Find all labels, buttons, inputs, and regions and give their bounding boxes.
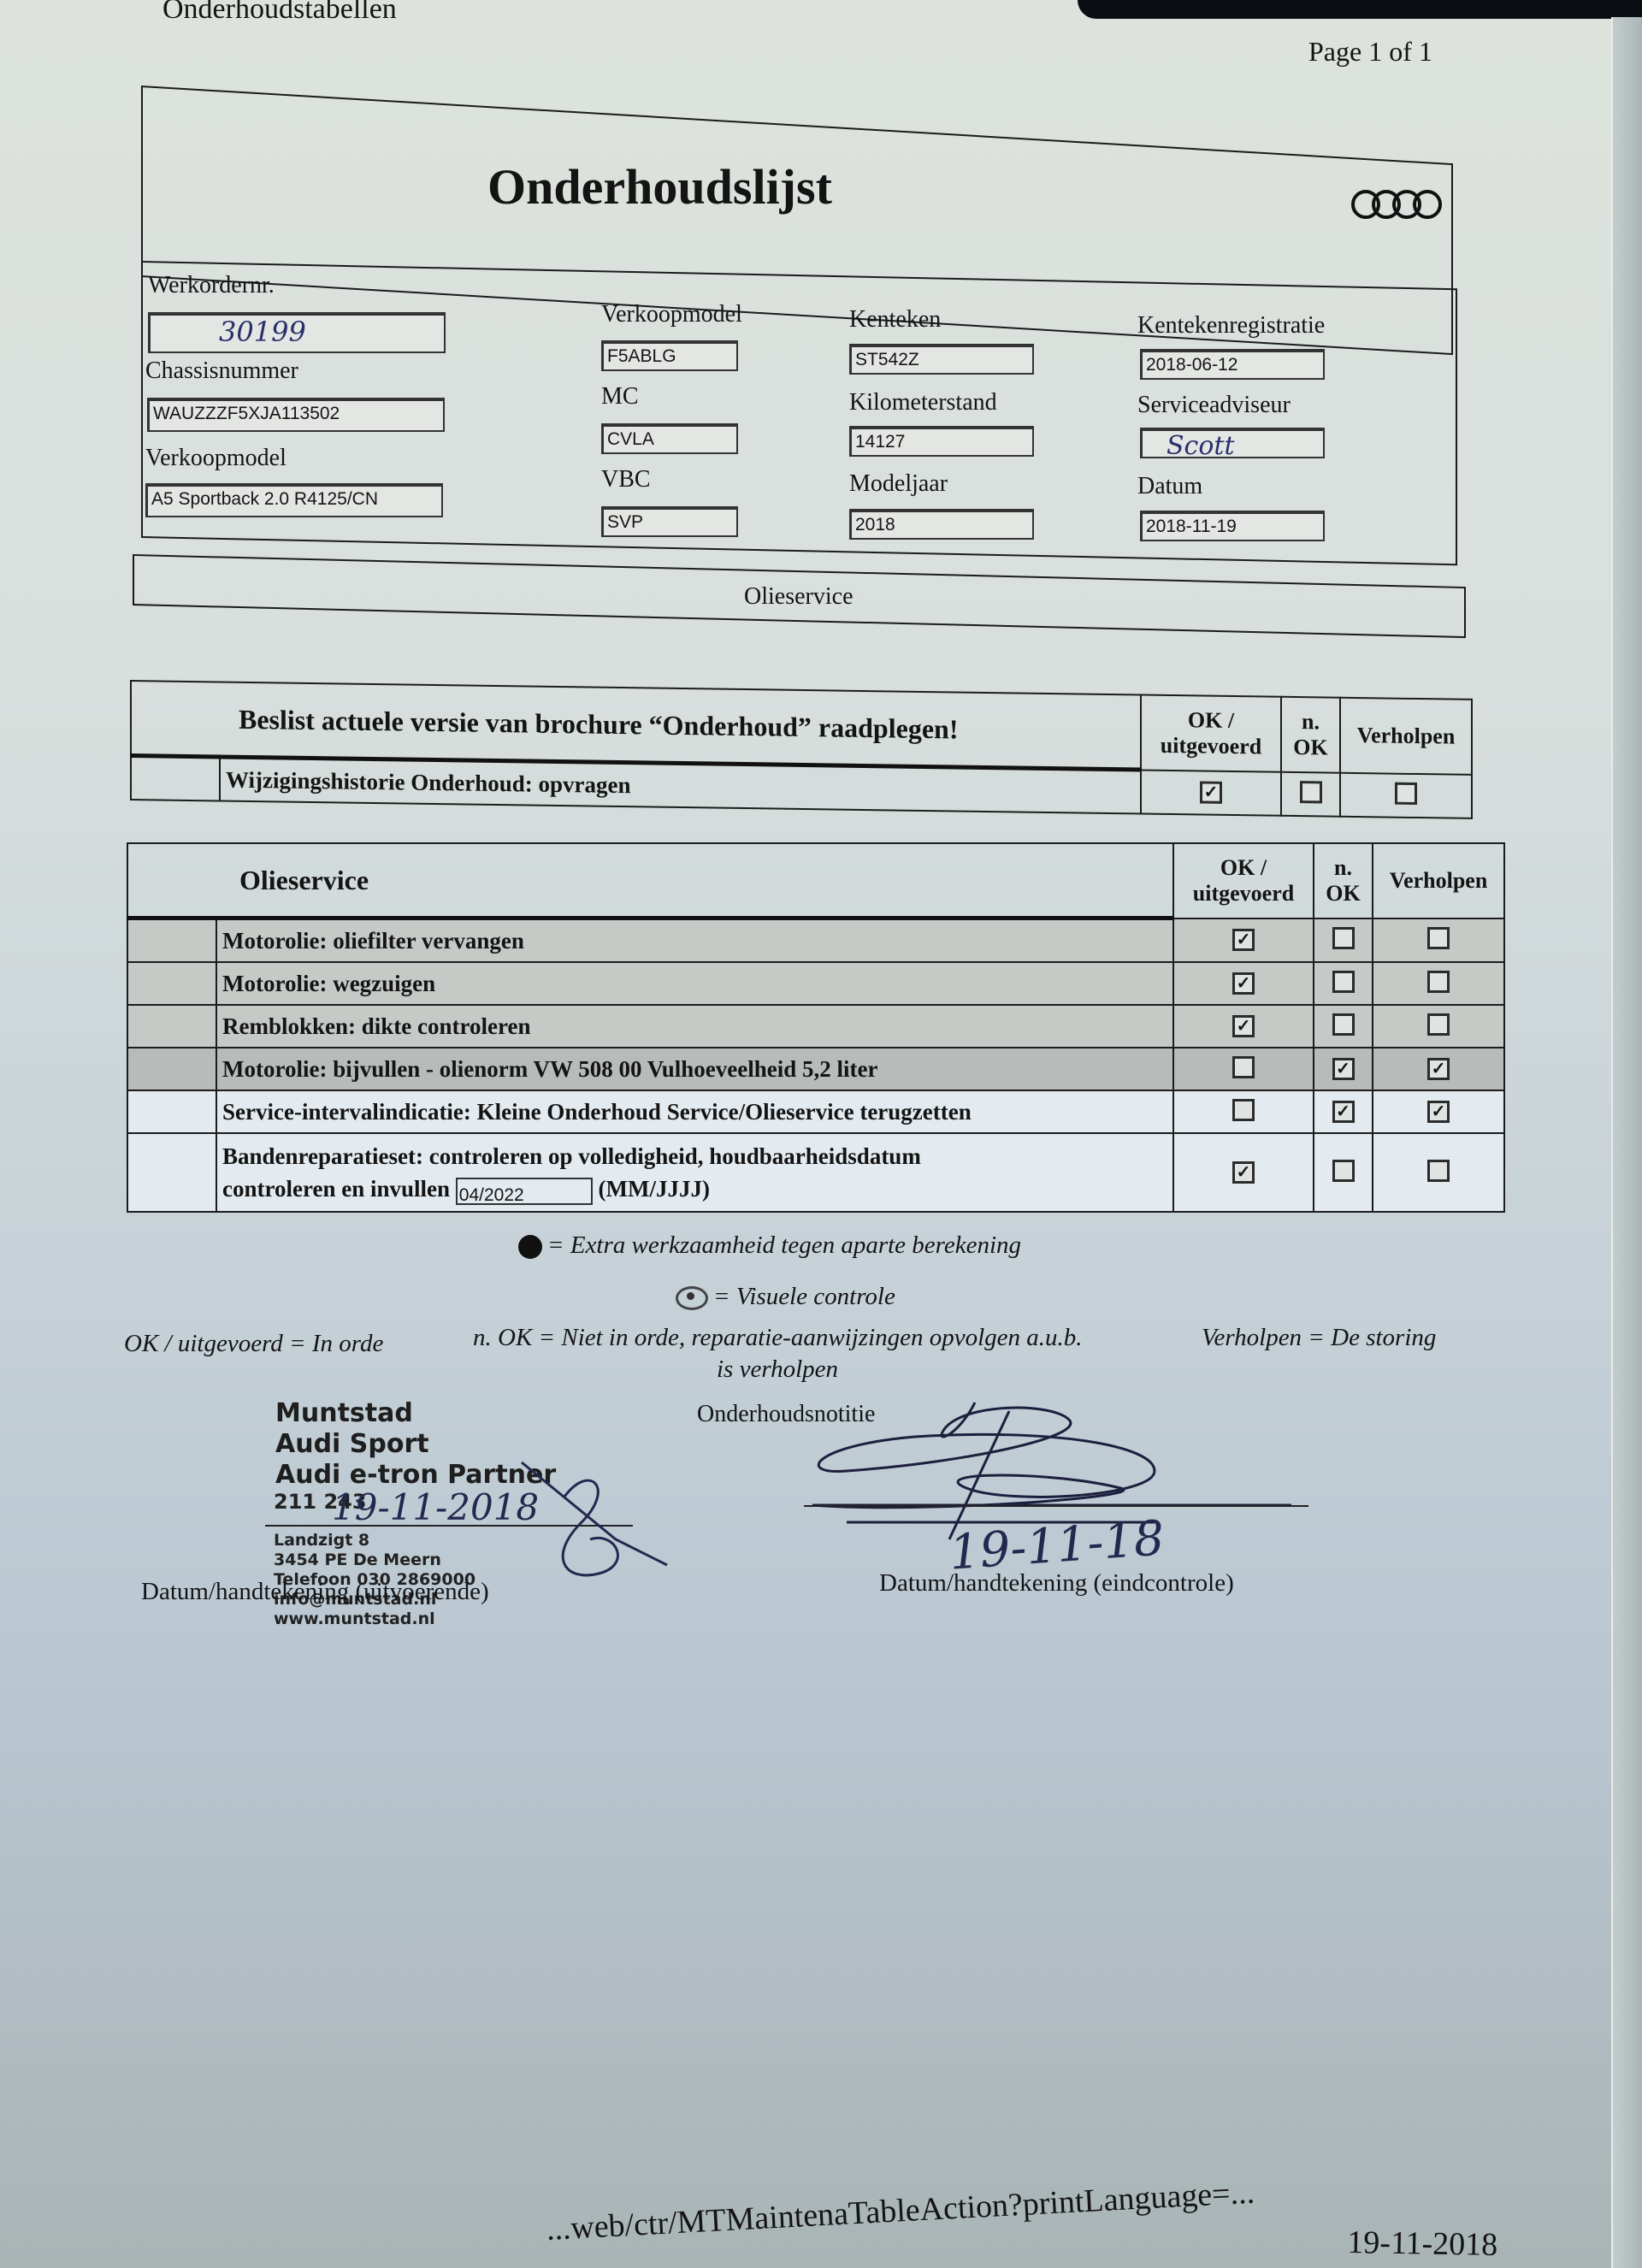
page-number: Page 1 of 1 (1308, 36, 1432, 68)
modeljaar-label: Modeljaar (849, 470, 948, 498)
table1-heading: Beslist actuele versie van brochure “Ond… (131, 681, 1141, 770)
eye-icon (676, 1286, 708, 1310)
kilometerstand-field[interactable]: 14127 (849, 426, 1034, 457)
checklist-table-olieservice: Olieservice OK / uitgevoerd n. OK Verhol… (127, 842, 1505, 1213)
row-text: Remblokken: dikte controleren (216, 1005, 1173, 1048)
expiry-date-input[interactable]: 04/2022 (456, 1178, 593, 1205)
checkbox-ok[interactable]: ✓ (1232, 929, 1255, 951)
checkbox-nok[interactable] (1332, 927, 1355, 949)
checkbox-ok[interactable]: ✓ (1232, 1015, 1255, 1037)
checkbox-nok[interactable] (1332, 1160, 1355, 1182)
legend-extra-text: = Extra werkzaamheid tegen aparte bereke… (547, 1231, 1021, 1259)
col-nok-header: n. OK (1281, 697, 1340, 772)
vbc-field[interactable]: SVP (601, 506, 738, 537)
vbc-label: VBC (601, 466, 651, 493)
werkordernr-field[interactable]: 30199 (148, 312, 446, 353)
legend-nok-def: n. OK = Niet in orde, reparatie-aanwijzi… (473, 1324, 1083, 1352)
legend-fixed-def: Verholpen = De storing (1202, 1324, 1436, 1352)
row-text: Motorolie: oliefilter vervangen (216, 918, 1173, 963)
col-fixed-header: Verholpen (1373, 843, 1504, 918)
dealer-address1: Landzigt 8 (274, 1531, 475, 1550)
table2-heading: Olieservice (127, 843, 1173, 918)
checkbox-nok[interactable] (1332, 1013, 1355, 1036)
verkoopmodel-name-field[interactable]: A5 Sportback 2.0 R4125/CN (145, 483, 443, 517)
col-ok-header: OK / uitgevoerd (1141, 695, 1281, 772)
filled-dot-icon (518, 1235, 542, 1259)
row-text: Motorolie: bijvullen - olienorm VW 508 0… (216, 1048, 1173, 1090)
footer-date: 19-11-2018 (1347, 2224, 1498, 2264)
mc-field[interactable]: CVLA (601, 423, 738, 454)
dealer-web: www.muntstad.nl (274, 1609, 475, 1629)
table-row: Motorolie: bijvullen - olienorm VW 508 0… (127, 1048, 1504, 1090)
checkbox-fixed[interactable] (1427, 971, 1450, 993)
table-row: Motorolie: oliefilter vervangen ✓ (127, 918, 1504, 963)
paper-edge (1611, 17, 1642, 2268)
table-row: Motorolie: wegzuigen ✓ (127, 962, 1504, 1005)
checkbox-fixed[interactable]: ✓ (1427, 1058, 1450, 1080)
checkbox-fixed[interactable]: ✓ (1427, 1101, 1450, 1123)
modeljaar-field[interactable]: 2018 (849, 509, 1034, 540)
date-format-hint: (MM/JJJJ) (599, 1176, 710, 1202)
row-text-line2: controleren en invullen (222, 1176, 450, 1202)
signature-label-left: Datum/handtekening (uitvoerende) (141, 1578, 489, 1606)
footer-url: ...web/ctr/MTMaintenaTableAction?printLa… (546, 2174, 1255, 2248)
checkbox-ok[interactable] (1232, 1099, 1255, 1121)
legend-extra: = Extra werkzaamheid tegen aparte bereke… (518, 1231, 1021, 1260)
mc-label: MC (601, 383, 639, 410)
table-row: Bandenreparatieset: controleren op volle… (127, 1133, 1504, 1212)
col-ok-header: OK / uitgevoerd (1173, 843, 1314, 918)
row-text: Service-intervalindicatie: Kleine Onderh… (216, 1090, 1173, 1133)
dealer-name: Muntstad (275, 1398, 556, 1429)
table-row: Service-intervalindicatie: Kleine Onderh… (127, 1090, 1504, 1133)
checkbox-fixed[interactable] (1395, 782, 1417, 804)
signature-label-right: Datum/handtekening (eindcontrole) (879, 1569, 1234, 1598)
chassisnummer-field[interactable]: WAUZZZF5XJA113502 (147, 398, 445, 432)
legend-nok-def2: is verholpen (717, 1355, 838, 1384)
photo-background-edge (1078, 0, 1642, 19)
verkoopmodel-code-field[interactable]: F5ABLG (601, 340, 738, 371)
chassisnummer-label: Chassisnummer (145, 357, 298, 385)
checkbox-ok[interactable]: ✓ (1232, 972, 1255, 995)
checkbox-nok[interactable]: ✓ (1332, 1058, 1355, 1080)
legend-visual: = Visuele controle (676, 1283, 895, 1311)
checklist-table-brochure: Beslist actuele versie van brochure “Ond… (130, 680, 1473, 819)
legend-ok-def: OK / uitgevoerd = In orde (124, 1330, 383, 1358)
kenteken-field[interactable]: ST542Z (849, 344, 1034, 375)
kentekenregistratie-field[interactable]: 2018-06-12 (1140, 349, 1325, 380)
verkoopmodel-name-label: Verkoopmodel (145, 445, 286, 472)
col-fixed-header: Verholpen (1340, 698, 1472, 775)
row-text: Motorolie: wegzuigen (216, 962, 1173, 1005)
kentekenregistratie-label: Kentekenregistratie (1137, 312, 1325, 340)
checkbox-nok[interactable] (1332, 971, 1355, 993)
checkbox-ok[interactable]: ✓ (1200, 782, 1222, 804)
werkordernr-label: Werkordernr. (148, 272, 275, 299)
checkbox-fixed[interactable] (1427, 927, 1450, 949)
checkbox-fixed[interactable] (1427, 1013, 1450, 1036)
col-nok-header: n. OK (1314, 843, 1373, 918)
signature-line-right (804, 1505, 1308, 1507)
table-row: Remblokken: dikte controleren ✓ (127, 1005, 1504, 1048)
signature-left (513, 1454, 676, 1582)
datum-field[interactable]: 2018-11-19 (1140, 511, 1325, 541)
checkbox-nok[interactable] (1300, 781, 1322, 803)
document-title: Onderhoudslijst (487, 158, 832, 216)
print-header-title: Onderhoudstabellen (162, 0, 397, 26)
audi-rings-icon (1351, 190, 1445, 222)
kenteken-label: Kenteken (849, 306, 941, 334)
legend-visual-text: = Visuele controle (713, 1283, 895, 1310)
datum-label: Datum (1137, 473, 1202, 500)
checkbox-ok[interactable] (1232, 1056, 1255, 1078)
dealer-address2: 3454 PE De Meern (274, 1550, 475, 1570)
checkbox-ok[interactable]: ✓ (1232, 1161, 1255, 1184)
checkbox-nok[interactable]: ✓ (1332, 1101, 1355, 1123)
service-banner-title: Olieservice (744, 583, 853, 611)
checkbox-fixed[interactable] (1427, 1160, 1450, 1182)
verkoopmodel-code-label: Verkoopmodel (601, 301, 742, 328)
serviceadviseur-field[interactable]: Scott (1140, 428, 1325, 458)
serviceadviseur-label: Serviceadviseur (1137, 392, 1291, 419)
row-text-line1: Bandenreparatieset: controleren op volle… (222, 1143, 921, 1169)
kilometerstand-label: Kilometerstand (849, 389, 997, 416)
handwritten-date-left: 19-11-2018 (332, 1486, 539, 1528)
